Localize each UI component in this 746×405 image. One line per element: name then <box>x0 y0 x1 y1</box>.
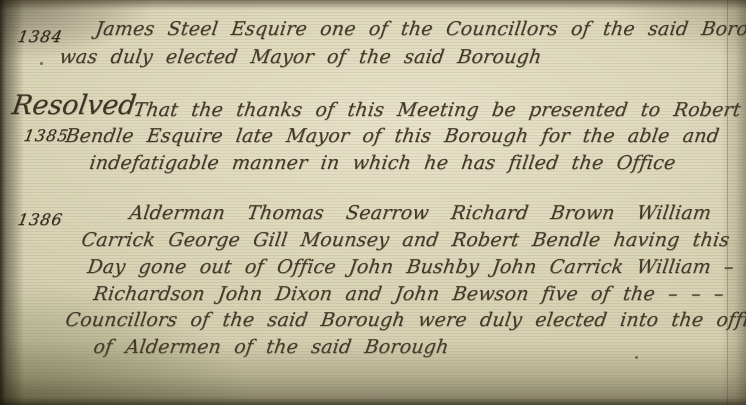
manuscript-line: Bendle Esquire late Mayor of this Boroug… <box>64 125 721 147</box>
manuscript-line: Day gone out of Office John Bushby John … <box>86 256 735 278</box>
manuscript-line: Carrick George Gill Mounsey and Robert B… <box>80 229 731 251</box>
manuscript-line: was duly elected Mayor of the said Borou… <box>58 46 543 68</box>
manuscript-line: indefatigable manner in which he has fil… <box>88 152 677 174</box>
ink-spot <box>635 356 638 359</box>
entry-number-1384: 1384 <box>16 27 64 46</box>
manuscript-page: 1384 James Steel Esquire one of the Coun… <box>0 0 746 405</box>
entry-number-1385: 1385 <box>22 126 70 145</box>
entry-number-1386: 1386 <box>16 210 64 229</box>
manuscript-line: of Aldermen of the said Borough <box>92 336 450 358</box>
manuscript-line: Councillors of the said Borough were dul… <box>64 309 746 331</box>
ink-spot <box>40 62 43 65</box>
resolved-word: Resolved <box>10 90 138 121</box>
page-edge-seam <box>727 0 728 405</box>
manuscript-line: Alderman Thomas Searrow Richard Brown Wi… <box>128 202 713 224</box>
manuscript-line: Richardson John Dixon and John Bewson fi… <box>92 283 725 305</box>
manuscript-line: That the thanks of this Meeting be prese… <box>132 99 742 121</box>
manuscript-line: James Steel Esquire one of the Councillo… <box>94 18 746 40</box>
